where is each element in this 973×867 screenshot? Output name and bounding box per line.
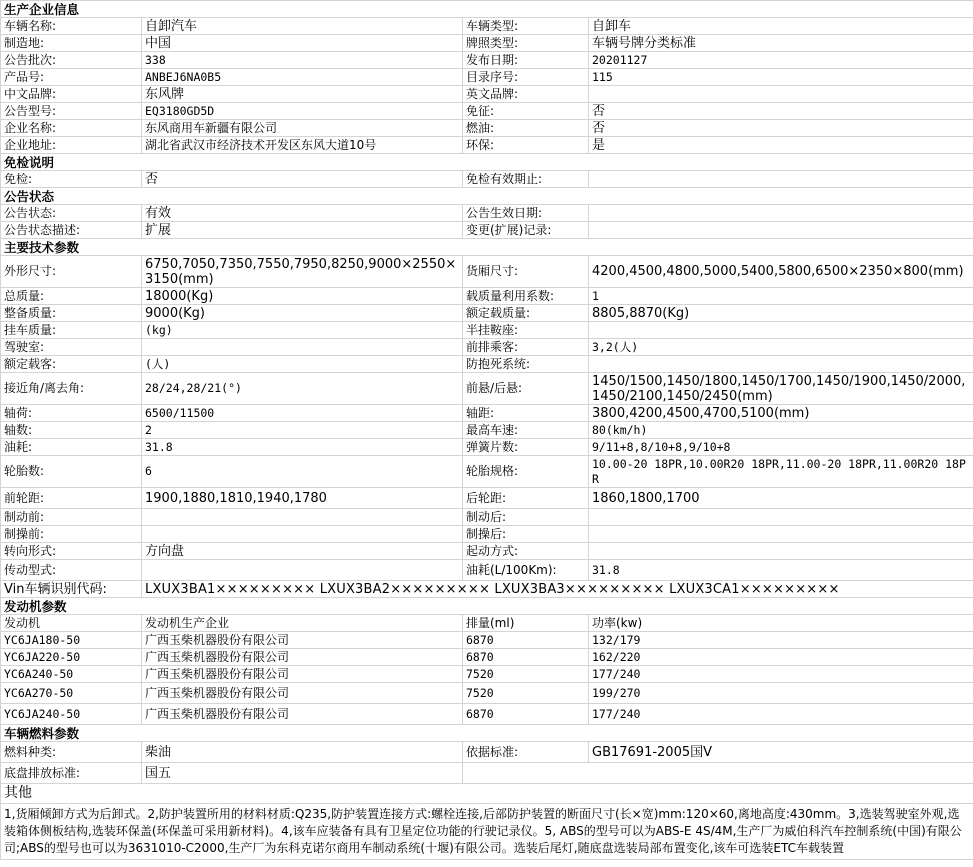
label-origin: 制造地: bbox=[1, 35, 142, 52]
engine-manufacturer: 广西玉柴机器股份有限公司 bbox=[142, 649, 463, 666]
label-cargo-dimensions: 货厢尺寸: bbox=[463, 256, 589, 288]
value-inspection-exempt: 否 bbox=[142, 171, 463, 188]
label-rated-load: 额定载质量: bbox=[463, 305, 589, 322]
value-fuel-type: 柴油 bbox=[142, 742, 463, 763]
label-change-record: 变更(扩展)记录: bbox=[463, 222, 589, 239]
value-vehicle-type: 自卸车 bbox=[589, 18, 973, 35]
engine-header-model: 发动机 bbox=[1, 615, 142, 632]
label-fuel-consumption: 油耗: bbox=[1, 439, 142, 456]
label-start-method: 起动方式: bbox=[463, 543, 589, 560]
value-trailer-mass: (kg) bbox=[142, 322, 463, 339]
label-load-factor: 载质量利用系数: bbox=[463, 288, 589, 305]
label-model: 公告型号: bbox=[1, 103, 142, 120]
label-curb-mass: 整备质量: bbox=[1, 305, 142, 322]
label-brake-front: 制动前: bbox=[1, 509, 142, 526]
value-company-address: 湖北省武汉市经济技术开发区东风大道10号 bbox=[142, 137, 463, 154]
engine-power: 177/240 bbox=[589, 666, 973, 683]
label-release-date: 发布日期: bbox=[463, 52, 589, 69]
value-transmission bbox=[142, 560, 463, 581]
notes-text: 1,货厢倾卸方式为后卸式。2,防护装置所用的材料材质:Q235,防护装置连接方式… bbox=[1, 804, 973, 860]
label-tire-spec: 轮胎规格: bbox=[463, 456, 589, 488]
label-eco: 环保: bbox=[463, 137, 589, 154]
label-front-track: 前轮距: bbox=[1, 488, 142, 509]
label-trailer-mass: 挂车质量: bbox=[1, 322, 142, 339]
engine-header-manufacturer: 发动机生产企业 bbox=[142, 615, 463, 632]
label-product-no: 产品号: bbox=[1, 69, 142, 86]
label-brake-op-front: 制操前: bbox=[1, 526, 142, 543]
value-status: 有效 bbox=[142, 205, 463, 222]
engine-power: 177/240 bbox=[589, 704, 973, 725]
value-standard: GB17691-2005国Ⅴ bbox=[589, 742, 973, 763]
label-gross-mass: 总质量: bbox=[1, 288, 142, 305]
label-cn-brand: 中文品牌: bbox=[1, 86, 142, 103]
label-plate-type: 牌照类型: bbox=[463, 35, 589, 52]
value-vin: LXUX3BA1××××××××× LXUX3BA2××××××××× LXUX… bbox=[142, 581, 973, 598]
label-status: 公告状态: bbox=[1, 205, 142, 222]
section-header-enterprise: 生产企业信息 bbox=[1, 1, 973, 18]
value-brake-op-rear bbox=[589, 526, 973, 543]
label-inspection-exempt: 免检: bbox=[1, 171, 142, 188]
value-curb-mass: 9000(Kg) bbox=[142, 305, 463, 322]
value-change-record bbox=[589, 222, 973, 239]
engine-row: YC6JA240-50 广西玉柴机器股份有限公司 6870 177/240 bbox=[1, 704, 973, 725]
engine-row: YC6A240-50 广西玉柴机器股份有限公司 7520 177/240 bbox=[1, 666, 973, 683]
value-spring-leaves: 9/11+8,8/10+8,9/10+8 bbox=[589, 439, 973, 456]
engine-manufacturer: 广西玉柴机器股份有限公司 bbox=[142, 683, 463, 704]
label-front-passengers: 前排乘客: bbox=[463, 339, 589, 356]
value-tire-spec: 10.00-20 18PR,10.00R20 18PR,11.00-20 18P… bbox=[589, 456, 973, 488]
value-product-no: ANBEJ6NA0B5 bbox=[142, 69, 463, 86]
label-standard: 依据标准: bbox=[463, 742, 589, 763]
engine-displacement: 6870 bbox=[463, 704, 589, 725]
label-overhang: 前悬/后悬: bbox=[463, 373, 589, 405]
label-wheelbase: 轴距: bbox=[463, 405, 589, 422]
engine-power: 162/220 bbox=[589, 649, 973, 666]
label-approach-departure: 接近角/离去角: bbox=[1, 373, 142, 405]
value-wheelbase: 3800,4200,4500,4700,5100(mm) bbox=[589, 405, 973, 422]
value-brake-op-front bbox=[142, 526, 463, 543]
value-en-brand bbox=[589, 86, 973, 103]
engine-header-power: 功率(kw) bbox=[589, 615, 973, 632]
section-header-exemption: 免检说明 bbox=[1, 154, 973, 171]
value-tax-exempt: 否 bbox=[589, 103, 973, 120]
label-company-address: 企业地址: bbox=[1, 137, 142, 154]
section-header-engine: 发动机参数 bbox=[1, 598, 973, 615]
value-front-track: 1900,1880,1810,1940,1780 bbox=[142, 488, 463, 509]
label-tax-exempt: 免征: bbox=[463, 103, 589, 120]
section-header-fuel: 车辆燃料参数 bbox=[1, 725, 973, 742]
label-axle-load: 轴荷: bbox=[1, 405, 142, 422]
label-axle-count: 轴数: bbox=[1, 422, 142, 439]
label-fuel-flag: 燃油: bbox=[463, 120, 589, 137]
value-fuel-per-100km: 31.8 bbox=[589, 560, 973, 581]
value-axle-load: 6500/11500 bbox=[142, 405, 463, 422]
value-load-factor: 1 bbox=[589, 288, 973, 305]
value-axle-count: 2 bbox=[142, 422, 463, 439]
label-vehicle-type: 车辆类型: bbox=[463, 18, 589, 35]
value-brake-rear bbox=[589, 509, 973, 526]
engine-manufacturer: 广西玉柴机器股份有限公司 bbox=[142, 632, 463, 649]
value-effective-date bbox=[589, 205, 973, 222]
label-tire-count: 轮胎数: bbox=[1, 456, 142, 488]
value-catalog-no: 115 bbox=[589, 69, 973, 86]
label-effective-date: 公告生效日期: bbox=[463, 205, 589, 222]
value-fuel-consumption: 31.8 bbox=[142, 439, 463, 456]
label-chassis-emission: 底盘排放标准: bbox=[1, 763, 142, 784]
value-status-desc: 扩展 bbox=[142, 222, 463, 239]
value-company-name: 东风商用车新疆有限公司 bbox=[142, 120, 463, 137]
label-steering: 转向形式: bbox=[1, 543, 142, 560]
engine-row: YC6JA220-50 广西玉柴机器股份有限公司 6870 162/220 bbox=[1, 649, 973, 666]
value-dimensions: 6750,7050,7350,7550,7950,8250,9000×2550×… bbox=[142, 256, 463, 288]
value-rear-track: 1860,1800,1700 bbox=[589, 488, 973, 509]
engine-row: YC6JA180-50 广西玉柴机器股份有限公司 6870 132/179 bbox=[1, 632, 973, 649]
label-fuel-per-100km: 油耗(L/100Km): bbox=[463, 560, 589, 581]
label-max-speed: 最高车速: bbox=[463, 422, 589, 439]
value-cab bbox=[142, 339, 463, 356]
engine-displacement: 7520 bbox=[463, 666, 589, 683]
engine-row: YC6A270-50 广西玉柴机器股份有限公司 7520 199/270 bbox=[1, 683, 973, 704]
label-cab: 驾驶室: bbox=[1, 339, 142, 356]
engine-displacement: 6870 bbox=[463, 632, 589, 649]
engine-model: YC6JA240-50 bbox=[1, 704, 142, 725]
label-brake-op-rear: 制操后: bbox=[463, 526, 589, 543]
value-front-passengers: 3,2(人) bbox=[589, 339, 973, 356]
engine-manufacturer: 广西玉柴机器股份有限公司 bbox=[142, 704, 463, 725]
value-origin: 中国 bbox=[142, 35, 463, 52]
value-cn-brand: 东风牌 bbox=[142, 86, 463, 103]
value-batch: 338 bbox=[142, 52, 463, 69]
engine-model: YC6JA180-50 bbox=[1, 632, 142, 649]
value-brake-front bbox=[142, 509, 463, 526]
engine-manufacturer: 广西玉柴机器股份有限公司 bbox=[142, 666, 463, 683]
engine-model: YC6A270-50 bbox=[1, 683, 142, 704]
value-eco: 是 bbox=[589, 137, 973, 154]
engine-model: YC6A240-50 bbox=[1, 666, 142, 683]
label-batch: 公告批次: bbox=[1, 52, 142, 69]
label-brake-rear: 制动后: bbox=[463, 509, 589, 526]
label-status-desc: 公告状态描述: bbox=[1, 222, 142, 239]
value-rated-load: 8805,8870(Kg) bbox=[589, 305, 973, 322]
engine-power: 199/270 bbox=[589, 683, 973, 704]
label-en-brand: 英文品牌: bbox=[463, 86, 589, 103]
value-exempt-expiry bbox=[589, 171, 973, 188]
label-spring-leaves: 弹簧片数: bbox=[463, 439, 589, 456]
value-release-date: 20201127 bbox=[589, 52, 973, 69]
empty-cell bbox=[463, 763, 973, 784]
label-fifth-wheel: 半挂鞍座: bbox=[463, 322, 589, 339]
label-abs: 防抱死系统: bbox=[463, 356, 589, 373]
label-fuel-type: 燃料种类: bbox=[1, 742, 142, 763]
value-cargo-dimensions: 4200,4500,4800,5000,5400,5800,6500×2350×… bbox=[589, 256, 973, 288]
engine-displacement: 6870 bbox=[463, 649, 589, 666]
label-vehicle-name: 车辆名称: bbox=[1, 18, 142, 35]
value-rated-passengers: (人) bbox=[142, 356, 463, 373]
value-plate-type: 车辆号牌分类标准 bbox=[589, 35, 973, 52]
label-exempt-expiry: 免检有效期止: bbox=[463, 171, 589, 188]
label-rated-passengers: 额定载客: bbox=[1, 356, 142, 373]
value-steering: 方向盘 bbox=[142, 543, 463, 560]
engine-displacement: 7520 bbox=[463, 683, 589, 704]
value-abs bbox=[589, 356, 973, 373]
value-fuel-flag: 否 bbox=[589, 120, 973, 137]
value-start-method bbox=[589, 543, 973, 560]
value-gross-mass: 18000(Kg) bbox=[142, 288, 463, 305]
section-header-tech: 主要技术参数 bbox=[1, 239, 973, 256]
value-tire-count: 6 bbox=[142, 456, 463, 488]
value-fifth-wheel bbox=[589, 322, 973, 339]
section-header-status: 公告状态 bbox=[1, 188, 973, 205]
value-vehicle-name: 自卸汽车 bbox=[142, 18, 463, 35]
label-catalog-no: 目录序号: bbox=[463, 69, 589, 86]
section-header-other: 其他 bbox=[1, 784, 973, 804]
label-company-name: 企业名称: bbox=[1, 120, 142, 137]
engine-power: 132/179 bbox=[589, 632, 973, 649]
label-transmission: 传动型式: bbox=[1, 560, 142, 581]
value-max-speed: 80(km/h) bbox=[589, 422, 973, 439]
label-vin: Vin车辆识别代码: bbox=[1, 581, 142, 598]
label-dimensions: 外形尺寸: bbox=[1, 256, 142, 288]
value-approach-departure: 28/24,28/21(°) bbox=[142, 373, 463, 405]
value-model: EQ3180GD5D bbox=[142, 103, 463, 120]
vehicle-announcement-table: 生产企业信息 车辆名称: 自卸汽车 车辆类型: 自卸车 制造地: 中国 牌照类型… bbox=[0, 0, 973, 860]
label-rear-track: 后轮距: bbox=[463, 488, 589, 509]
value-chassis-emission: 国五 bbox=[142, 763, 463, 784]
value-overhang: 1450/1500,1450/1800,1450/1700,1450/1900,… bbox=[589, 373, 973, 405]
engine-header-displacement: 排量(ml) bbox=[463, 615, 589, 632]
engine-model: YC6JA220-50 bbox=[1, 649, 142, 666]
